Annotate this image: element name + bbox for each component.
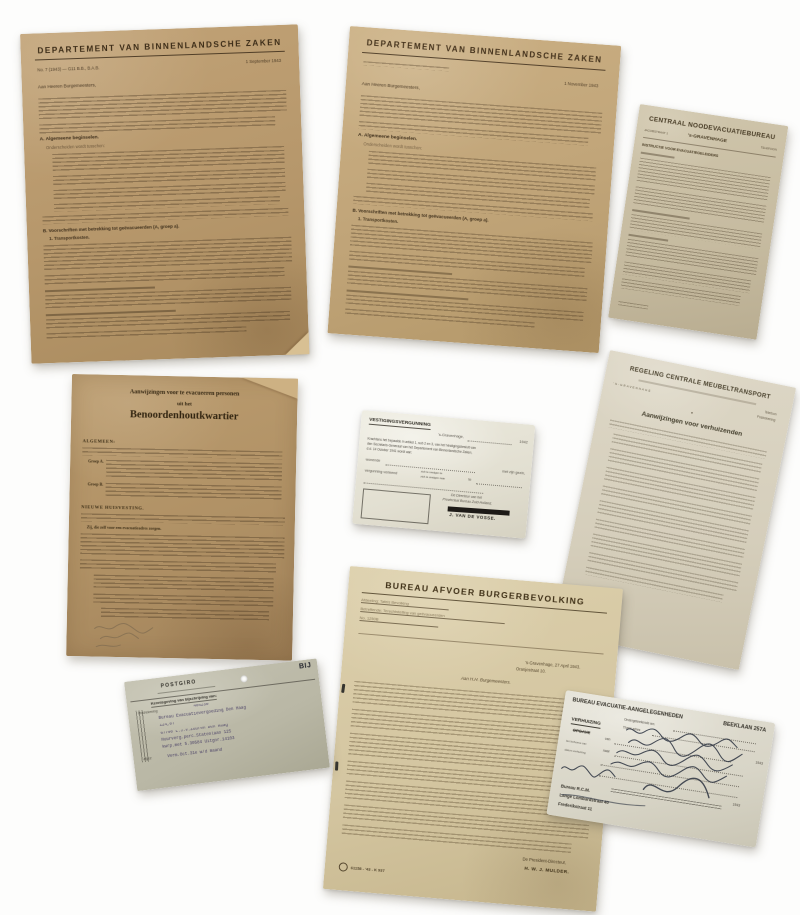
section-b-heading: B. Voorschriften met betrekking tot geëv…: [43, 224, 180, 234]
title-line-3: Benoordenhoutkwartier: [81, 408, 287, 424]
reference-number: No. 7 (1943) — G11 B.B., B.A.B.: [37, 66, 99, 73]
letter-date: 1 November 1943: [564, 82, 598, 89]
empty-stamp-box: [361, 488, 431, 524]
wide-rule: [358, 633, 603, 655]
card-title: VESTIGINGSVERGUNNING: [369, 418, 431, 431]
salutation: Aan Heeren Burgemeesters,: [38, 82, 96, 89]
doc-title: DEPARTEMENT VAN BINNENLANDSCHE ZAKEN: [34, 38, 284, 61]
document-departement-november: DEPARTEMENT VAN BINNENLANDSCHE ZAKEN 1 N…: [327, 26, 621, 353]
doc-title: BUREAU AFVOER BURGERBEVOLKING: [362, 579, 608, 613]
vertical-side-text-lines: [136, 710, 150, 763]
groep-a-lines: [106, 460, 282, 483]
numbered-item-lines: [93, 593, 273, 608]
footnote-lines: [618, 301, 648, 309]
bureau-city: 's-GRAVENHAGE: [687, 133, 727, 144]
signature-role-2: Provinciaal Bureau Zuid-Holland,: [442, 498, 492, 506]
card-vestigingsvergunning: VESTIGINGSVERGUNNING 's-Gravenhage, 1942…: [352, 410, 535, 539]
typed-account-number: 404230: [193, 703, 209, 710]
instructie-heading: INSTRUCTIE VOOR EVACUATIEGELEIDERS: [642, 143, 719, 158]
year-label: 1942: [519, 440, 528, 445]
letter-date: 1 September 1943: [246, 59, 282, 65]
bureau-city: 'S-GRAVENHAGE: [613, 382, 652, 393]
typed-line: 124,07: [159, 722, 175, 729]
place-label: 's-Gravenhage,: [438, 433, 464, 439]
salutation: Aan H.H. Burgemeesters.: [461, 677, 511, 686]
typed-bottom-line: Verm.Oct.31e w/d maand: [167, 749, 222, 760]
numbered-item-lines: [93, 575, 273, 594]
item-zelf-heading: Zij, die zelf voor een evacuatieadres zo…: [87, 525, 162, 531]
divider-dot: •: [690, 411, 693, 417]
option-vestigen-naar: zich te vestigen naar: [420, 475, 445, 480]
document-departement-september: DEPARTEMENT VAN BINNENLANDSCHE ZAKEN No.…: [20, 24, 309, 364]
bureau-address: JACOBSTRAAT 1: [644, 129, 668, 136]
groep-b-label: Groep B.: [88, 482, 104, 487]
paper-fold: [242, 378, 298, 399]
document-noodevacuatiebureau: CENTRAAL NOODEVACUATIEBUREAU JACOBSTRAAT…: [608, 104, 788, 340]
document-benoordenhoutkwartier: Aanwijzingen voor te evacueeren personen…: [66, 374, 298, 661]
typed-line: Bureau Evacuatievergoeding Den Haag: [159, 706, 247, 721]
stamp-emblem-icon: [338, 862, 348, 872]
gezin-label: met zijn gezin,: [502, 469, 525, 475]
stamp-number: 61158 - '43 - K 937: [351, 865, 385, 873]
punch-hole: [240, 675, 248, 683]
sub-item-lines: [101, 608, 269, 623]
staple-mark: [341, 684, 345, 693]
algemeen-heading: ALGEMEEN:: [83, 438, 116, 444]
doc-title: REGELING CENTRALE MEUBELTRANSPORT: [614, 363, 786, 404]
paragraph-lines: [80, 533, 284, 560]
groep-a-label: Groep A.: [88, 459, 104, 464]
signature-role: De President-Directeur,: [522, 857, 566, 865]
section-a-heading: A. Algemeene beginselen.: [40, 135, 99, 142]
sub-heading-transportkosten: 1. Transportkosten.: [49, 236, 90, 242]
wonende-label: wonende: [366, 458, 381, 463]
line-onderscheiden: Onderscheiden wordt tusschen:: [46, 144, 105, 151]
salutation: Aan Heeren Burgemeesters,: [362, 81, 420, 90]
sub-heading-transportkosten: 1. Transportkosten.: [358, 217, 399, 225]
corner-bij-label: BIJ: [299, 662, 312, 671]
giro-label: Postrekening: [757, 416, 776, 423]
signature-name: H. W. J. MULDER.: [524, 866, 569, 875]
address-line: Oranjestraat 10.: [516, 667, 546, 674]
bureau-phone: TELEFOON: [760, 146, 776, 152]
bold-heading-lines: [641, 152, 675, 159]
card-postgiro: BIJ POSTGIRO Kennisgeving van bijschrijv…: [124, 658, 330, 791]
paper-fold: [285, 332, 310, 355]
photo-of-documents: DEPARTEMENT VAN BINNENLANDSCHE ZAKEN No.…: [0, 0, 800, 915]
header-rule: [130, 679, 315, 703]
option-vestigen-te: zich te vestigen te: [421, 470, 443, 475]
date-dotted-line: [468, 440, 512, 445]
print-stamp: 61158 - '43 - K 937: [338, 862, 385, 875]
groep-b-lines: [105, 483, 281, 502]
paragraph-lines: [81, 513, 285, 525]
te-label: te: [468, 478, 471, 482]
paragraph-lines: [82, 447, 282, 459]
te-dotted-line: [476, 483, 522, 488]
paragraph-lines: [80, 559, 276, 574]
signature-name: J. VAN DE VOSSE.: [449, 513, 496, 522]
nieuwe-huisvesting-heading: NIEUWE HUISVESTING.: [81, 504, 144, 510]
pencil-scribbles: [90, 622, 171, 652]
staple-mark: [335, 762, 338, 771]
vergunning-label: vergunning verleend: [365, 468, 398, 475]
reference-number-lines: [363, 61, 449, 71]
